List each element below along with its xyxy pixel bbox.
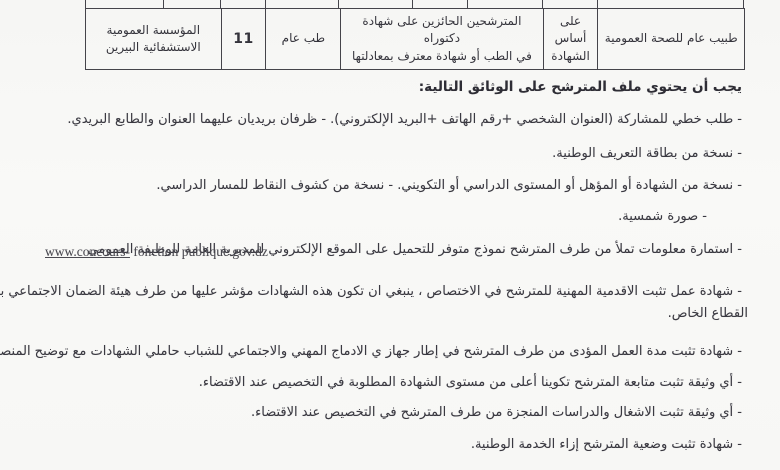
cell-specialty: طب عام	[265, 9, 340, 69]
cell-positions-count: 11	[221, 9, 266, 69]
url-www-part: www.concours-	[45, 244, 130, 259]
requirement-text: في الطب أو شهادة معترف بمعادلتها	[352, 48, 532, 65]
doc-line-national-service: - شهادة تثبت وضعية المترشح إزاء الخدمة ا…	[471, 437, 742, 452]
doc-line-national-id: - نسخة من بطاقة التعريف الوطنية.	[552, 146, 742, 161]
cell-requirement: المترشحين الحائزين على شهادة دكتوراه في …	[340, 9, 542, 69]
specialty: طب عام	[282, 30, 325, 47]
url-domain-part: fonction publique.gov.dz	[130, 244, 268, 259]
recruitment-basis: الشهادة	[551, 48, 590, 65]
institution-name: المؤسسة العمومية	[107, 22, 201, 39]
doc-line-work-certificate-cont: القطاع الخاص.	[668, 306, 748, 321]
doc-line-insertion-program-certificate: - شهادة تثبت مدة العمل المؤدى من طرف الم…	[0, 344, 742, 359]
cell-institution: المؤسسة العمومية الاستشفائية البيرين	[86, 9, 221, 69]
doc-line-photo: - صورة شمسية.	[618, 209, 707, 224]
doc-line-works-and-studies: - أي وثيقة تثبت الاشغال والدراسات المنجز…	[251, 405, 742, 420]
doc-line-work-certificate: - شهادة عمل تثبت الاقدمية المهنية للمترش…	[0, 284, 742, 299]
requirement-text: المترشحين الحائزين على شهادة دكتوراه	[343, 13, 540, 48]
doc-line-written-request: - طلب خطي للمشاركة (العنوان الشخصي +رقم …	[67, 112, 742, 127]
recruitment-table-row: المؤسسة العمومية الاستشفائية البيرين 11 …	[85, 8, 745, 70]
recruitment-basis: على أساس	[546, 13, 596, 48]
institution-name: الاستشفائية البيرين	[106, 39, 201, 56]
cell-job-title: طبيب عام للصحة العمومية	[597, 9, 744, 69]
required-documents-heading: يجب أن يحتوي ملف المترشح على الوثائق الت…	[419, 79, 742, 95]
doc-line-degree-copy: - نسخة من الشهادة أو المؤهل أو المستوى ا…	[156, 178, 742, 193]
positions-count: 11	[233, 29, 253, 49]
job-title: طبيب عام للصحة العمومية	[605, 30, 738, 47]
fonction-publique-url: www.concours- fonction publique.gov.dz	[45, 244, 268, 260]
doc-line-higher-training: - أي وثيقة تثبت متابعة المترشح تكوينا أع…	[199, 375, 742, 390]
cell-recruitment-basis: على أساس الشهادة	[543, 9, 598, 69]
scanned-document-page: المؤسسة العمومية الاستشفائية البيرين 11 …	[0, 0, 780, 470]
